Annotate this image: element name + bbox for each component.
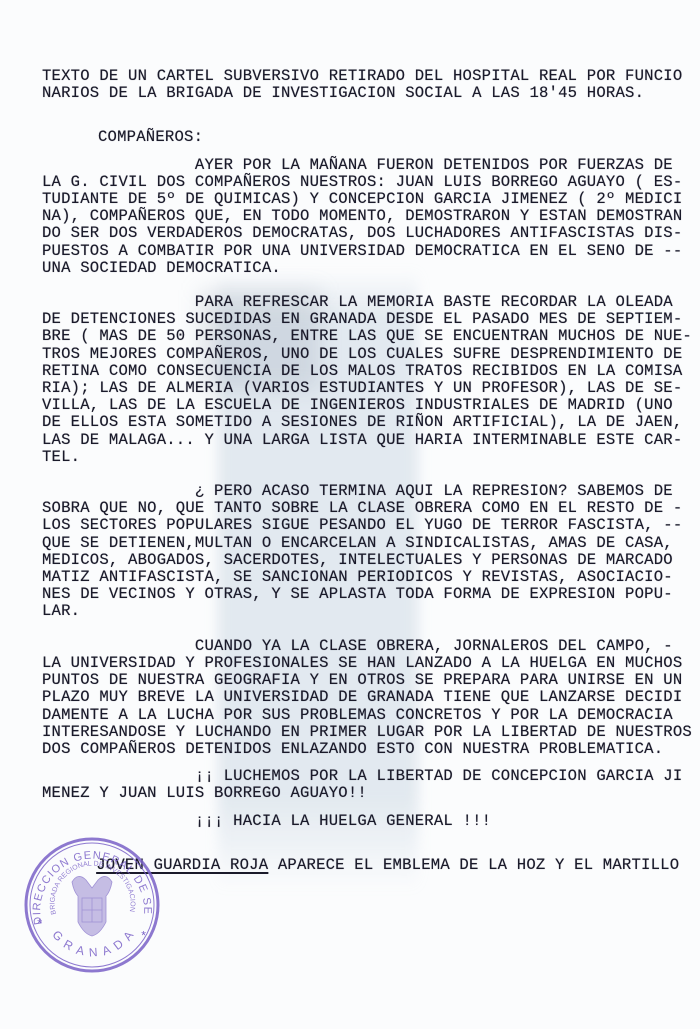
text-line: DO SER DOS VERDADEROS DEMOCRATAS, DOS LU… bbox=[42, 225, 692, 242]
text-line: TUDIANTE DE 5º DE QUIMICAS) Y CONCEPCION… bbox=[42, 191, 692, 208]
text-line: DOS COMPAÑEROS DETENIDOS ENLAZANDO ESTO … bbox=[42, 741, 692, 758]
text-line: PLAZO MUY BREVE LA UNIVERSIDAD DE GRANAD… bbox=[42, 689, 692, 706]
paragraph: ¿ PERO ACASO TERMINA AQUI LA REPRESION? … bbox=[42, 483, 692, 621]
paragraph: AYER POR LA MAÑANA FUERON DETENIDOS POR … bbox=[42, 157, 692, 277]
text-line: UNA SOCIEDAD DEMOCRATICA. bbox=[42, 260, 692, 277]
text-line: AYER POR LA MAÑANA FUERON DETENIDOS POR … bbox=[42, 157, 692, 174]
eagle-emblem-icon bbox=[72, 876, 112, 936]
paragraph: ¡¡ LUCHEMOS POR LA LIBERTAD DE CONCEPCIO… bbox=[42, 768, 692, 802]
paragraph: PARA REFRESCAR LA MEMORIA BASTE RECORDAR… bbox=[42, 294, 692, 466]
text-line: LA UNIVERSIDAD Y PROFESIONALES SE HAN LA… bbox=[42, 655, 692, 672]
typed-document: TEXTO DE UN CARTEL SUBVERSIVO RETIRADO D… bbox=[42, 68, 692, 891]
text-line: MEDICOS, ABOGADOS, SACERDOTES, INTELECTU… bbox=[42, 552, 692, 569]
text-line: LAS DE MALAGA... Y UNA LARGA LISTA QUE H… bbox=[42, 432, 692, 449]
text-line: DE ELLOS ESTA SOMETIDO A SESIONES DE RIÑ… bbox=[42, 414, 692, 431]
header-line: NARIOS DE LA BRIGADA DE INVESTIGACION SO… bbox=[42, 85, 692, 102]
greeting: COMPAÑEROS: bbox=[42, 129, 692, 146]
text-line: RETINA COMO CONSECUENCIA DE LOS MALOS TR… bbox=[42, 363, 692, 380]
slogan: ¡¡¡ HACIA LA HUELGA GENERAL !!! bbox=[42, 813, 692, 830]
text-line: MATIZ ANTIFASCISTA, SE SANCIONAN PERIODI… bbox=[42, 569, 692, 586]
text-line: LAR. bbox=[42, 603, 692, 620]
star-icon: * bbox=[36, 918, 43, 932]
star-icon: * bbox=[140, 930, 147, 944]
text-line: BRE ( MAS DE 50 PERSONAS, ENTRE LAS QUE … bbox=[42, 328, 692, 345]
paragraph: CUANDO YA LA CLASE OBRERA, JORNALEROS DE… bbox=[42, 638, 692, 758]
text-line: NA), COMPAÑEROS QUE, EN TODO MOMENTO, DE… bbox=[42, 208, 692, 225]
text-line: VILLA, LAS DE LA ESCUELA DE INGENIEROS I… bbox=[42, 397, 692, 414]
text-line: TEL. bbox=[42, 449, 692, 466]
text-line: DE DETENCIONES SUCEDIDAS EN GRANADA DESD… bbox=[42, 311, 692, 328]
text-line: LA G. CIVIL DOS COMPAÑEROS NUESTROS: JUA… bbox=[42, 174, 692, 191]
text-line: QUE SE DETIENEN,MULTAN O ENCARCELAN A SI… bbox=[42, 535, 692, 552]
text-line: PARA REFRESCAR LA MEMORIA BASTE RECORDAR… bbox=[42, 294, 692, 311]
official-stamp: DIRECCION GENERAL DE SEGURIDAD BRIGADA R… bbox=[22, 836, 162, 974]
text-line: PUNTOS DE NUESTRA GEOGRAFIA Y EN OTROS S… bbox=[42, 672, 692, 689]
text-line: CUANDO YA LA CLASE OBRERA, JORNALEROS DE… bbox=[42, 638, 692, 655]
text-line: SOBRA QUE NO, QUE TANTO SOBRE LA CLASE O… bbox=[42, 500, 692, 517]
text-line: LOS SECTORES POPULARES SIGUE PESANDO EL … bbox=[42, 517, 692, 534]
text-line: RIA); LAS DE ALMERIA (VARIOS ESTUDIANTES… bbox=[42, 380, 692, 397]
text-line: MENEZ Y JUAN LUIS BORREGO AGUAYO!! bbox=[42, 785, 692, 802]
document-header: TEXTO DE UN CARTEL SUBVERSIVO RETIRADO D… bbox=[42, 68, 692, 102]
body-paragraphs: AYER POR LA MAÑANA FUERON DETENIDOS POR … bbox=[42, 157, 692, 803]
text-line: TROS MEJORES COMPAÑEROS, UNO DE LOS CUAL… bbox=[42, 346, 692, 363]
text-line: DAMENTE A LA LUCHA POR SUS PROBLEMAS CON… bbox=[42, 707, 692, 724]
text-line: NES DE VECINOS Y OTRAS, Y SE APLASTA TOD… bbox=[42, 586, 692, 603]
text-line: ¿ PERO ACASO TERMINA AQUI LA REPRESION? … bbox=[42, 483, 692, 500]
header-line: TEXTO DE UN CARTEL SUBVERSIVO RETIRADO D… bbox=[42, 68, 692, 85]
text-line: INTERESANDOSE Y LUCHANDO EN PRIMER LUGAR… bbox=[42, 724, 692, 741]
text-line: ¡¡ LUCHEMOS POR LA LIBERTAD DE CONCEPCIO… bbox=[42, 768, 692, 785]
signature-note: APARECE EL EMBLEMA DE LA HOZ Y EL MARTIL… bbox=[268, 856, 679, 874]
text-line: PUESTOS A COMBATIR POR UNA UNIVERSIDAD D… bbox=[42, 243, 692, 260]
